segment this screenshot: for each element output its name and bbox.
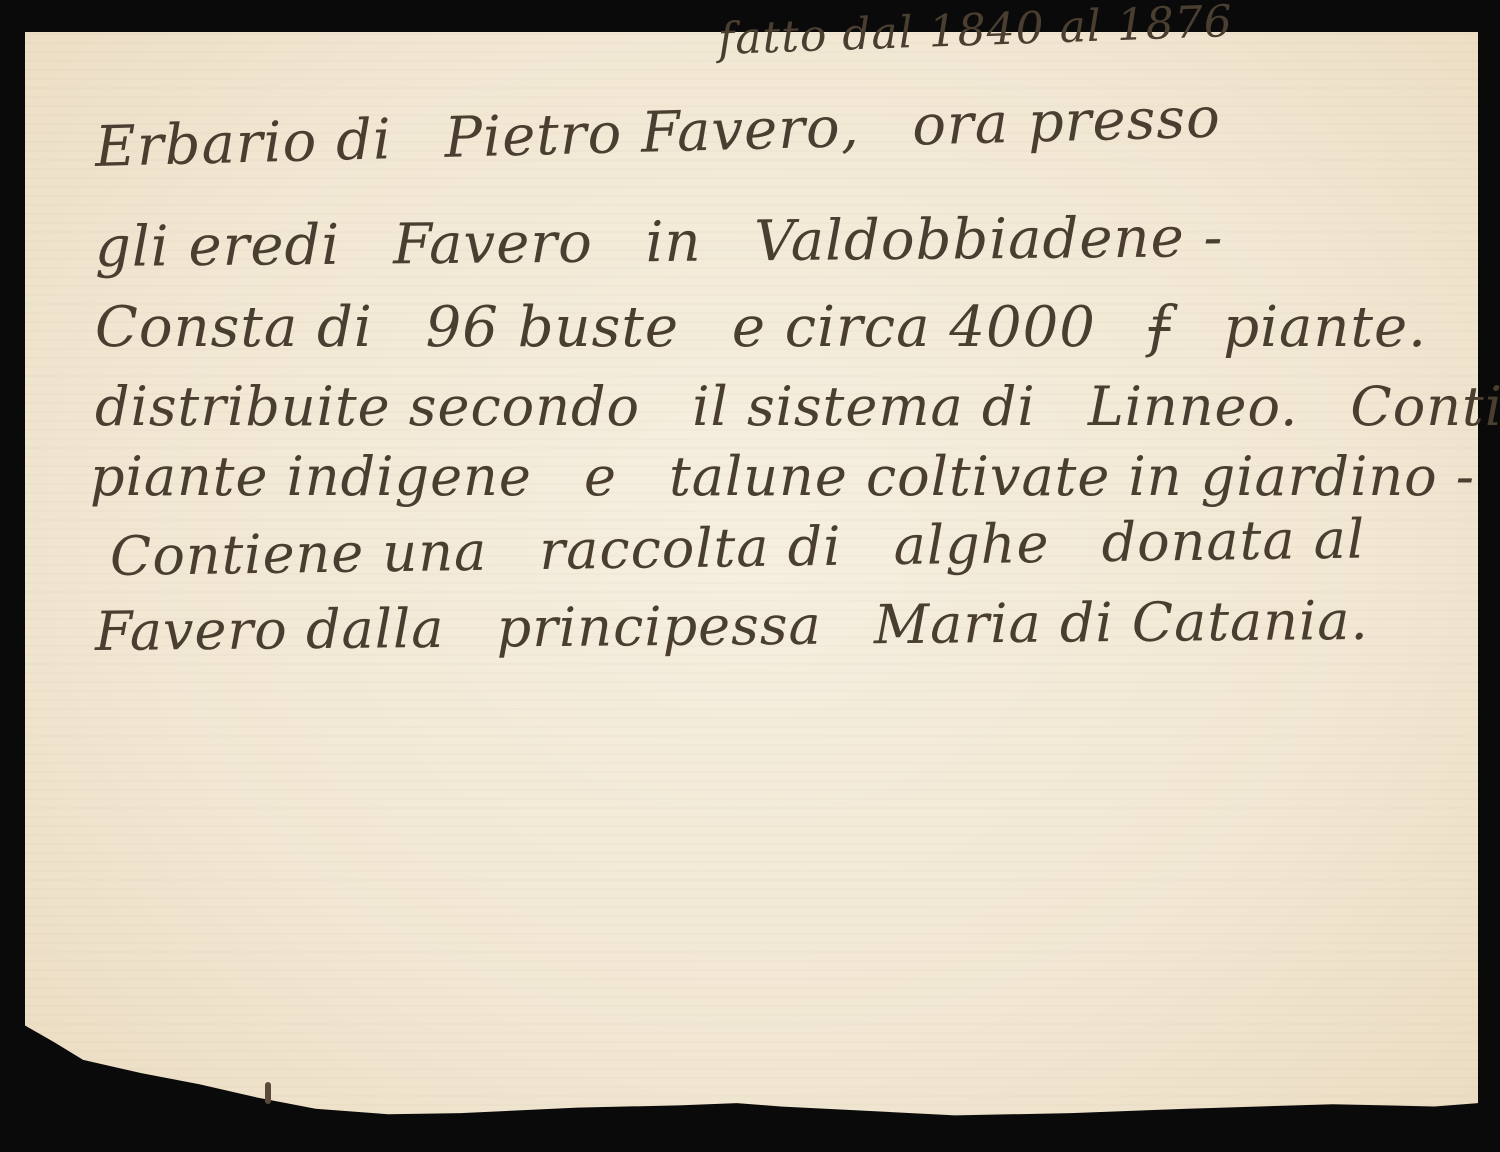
line-7-segment-1: Favero dalla (95, 597, 445, 663)
line-3-segment-5: piante. (1223, 295, 1427, 360)
line-3-segment-1: Consta di (95, 295, 373, 360)
line-6-segment-3: alghe (893, 512, 1050, 577)
line-2-segment-1: gli eredi (95, 213, 341, 280)
text-line-3: Consta di 96 buste e circa 4000 f piante… (95, 295, 1461, 360)
text-line-7: Favero dalla principessa Maria di Catani… (95, 589, 1403, 663)
text-line-4: distribuite secondo il sistema di Linneo… (95, 375, 1500, 438)
line-4-segment-2: il sistema di (692, 375, 1035, 438)
line-5-segment-3: talune coltivate in giardino - (669, 445, 1475, 508)
line-1-segment-1: Erbario di (94, 107, 392, 180)
ink-blot (265, 1082, 271, 1104)
line-3-segment-3: e circa 4000 (732, 295, 1096, 360)
line-6-segment-4: donata al (1101, 507, 1365, 574)
line-1-segment-3: ora presso (911, 86, 1221, 159)
line-4-segment-4: Contiene (1350, 375, 1500, 438)
paper-sheet (25, 32, 1478, 1142)
line-2-segment-3: in (645, 210, 702, 275)
line-4-segment-1: distribuite secondo (95, 375, 640, 438)
struck-out-letter: f (1149, 295, 1171, 360)
line-5-segment-2: e (584, 445, 617, 508)
line-1-segment-2: Pietro Favero, (444, 95, 861, 171)
text-line-5: piante indigene e talune coltivate in gi… (90, 445, 1500, 508)
document-scan: fatto dal 1840 al 1876 Erbario di Pietro… (0, 0, 1500, 1152)
line-2-segment-2: Favero (393, 211, 593, 278)
line-7-segment-2: principessa (496, 594, 822, 660)
line-6-segment-2: raccolta di (539, 515, 842, 582)
line-4-segment-3: Linneo. (1088, 375, 1298, 438)
line-7-segment-3: Maria di Catania. (874, 589, 1369, 656)
line-3-segment-2: 96 buste (426, 295, 679, 360)
line-5-segment-1: piante indigene (90, 445, 532, 508)
line-6-segment-1: Contiene una (110, 520, 488, 588)
line-2-segment-4: Valdobbiadene - (754, 205, 1224, 274)
text-line-2: gli eredi Favero in Valdobbiadene - (95, 205, 1258, 280)
